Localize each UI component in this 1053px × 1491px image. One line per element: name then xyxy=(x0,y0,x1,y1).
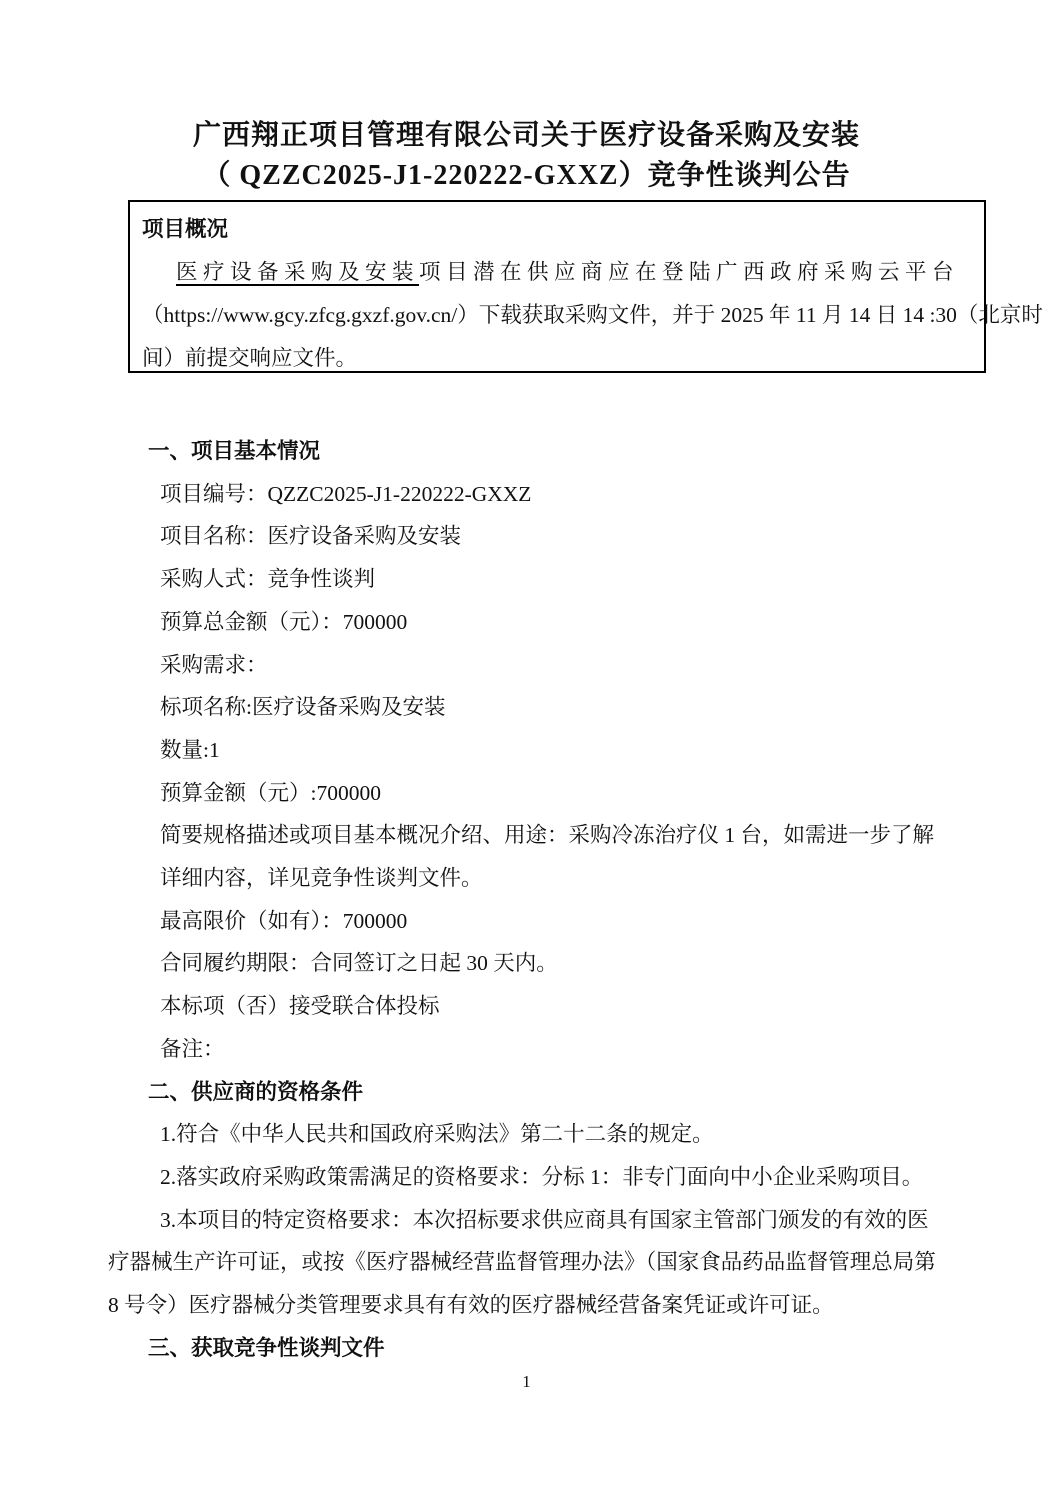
body-line: 3.本项目的特定资格要求：本次招标要求供应商具有国家主管部门颁发的有效的医 xyxy=(108,1199,953,1242)
body-line: 采购需求： xyxy=(108,644,953,687)
document-title: 广西翔正项目管理有限公司关于医疗设备采购及安装 （ QZZC2025-J1-22… xyxy=(0,116,1053,196)
project-name-underlined: 医疗设备采购及安装 xyxy=(176,260,419,286)
overview-line1-rest: 项目潜在供应商应在登陆广西政府采购云平台 xyxy=(419,260,959,284)
section-header: 三、获取竞争性谈判文件 xyxy=(108,1327,953,1370)
body-line: 预算总金额（元）：700000 xyxy=(108,601,953,644)
body-line: 8 号令）医疗器械分类管理要求具有有效的医疗器械经营备案凭证或许可证。 xyxy=(108,1284,953,1327)
section-header: 二、供应商的资格条件 xyxy=(108,1071,953,1114)
body-line: 简要规格描述或项目基本概况介绍、用途：采购冷冻治疗仪 1 台，如需进一步了解 xyxy=(108,814,953,857)
body-line: 预算金额（元）:700000 xyxy=(108,772,953,815)
overview-paragraph-line3: 间）前提交响应文件。 xyxy=(142,337,972,380)
body-line: 2.落实政府采购政策需满足的资格要求：分标 1：非专门面向中小企业采购项目。 xyxy=(108,1156,953,1199)
body-line: 1.符合《中华人民共和国政府采购法》第二十二条的规定。 xyxy=(108,1113,953,1156)
body-line: 本标项（否）接受联合体投标 xyxy=(108,985,953,1028)
project-overview-box: 项目概况 医疗设备采购及安装项目潜在供应商应在登陆广西政府采购云平台 （http… xyxy=(128,200,986,373)
section-header: 一、项目基本情况 xyxy=(108,430,953,473)
body-line: 合同履约期限：合同签订之日起 30 天内。 xyxy=(108,942,953,985)
overview-heading: 项目概况 xyxy=(142,208,972,251)
overview-paragraph-line2: （https://www.gcy.zfcg.gxzf.gov.cn/）下载获取采… xyxy=(142,294,972,337)
body-line: 标项名称:医疗设备采购及安装 xyxy=(108,686,953,729)
document-page: 广西翔正项目管理有限公司关于医疗设备采购及安装 （ QZZC2025-J1-22… xyxy=(0,0,1053,1491)
body-line: 最高限价（如有）：700000 xyxy=(108,900,953,943)
body-line: 详细内容，详见竞争性谈判文件。 xyxy=(108,857,953,900)
body-line: 数量:1 xyxy=(108,729,953,772)
document-title-line2: （ QZZC2025-J1-220222-GXXZ）竞争性谈判公告 xyxy=(0,156,1053,196)
page-number: 1 xyxy=(0,1372,1053,1392)
document-body: 一、项目基本情况 项目编号：QZZC2025-J1-220222-GXXZ 项目… xyxy=(108,430,953,1369)
body-line: 项目编号：QZZC2025-J1-220222-GXXZ xyxy=(108,473,953,516)
document-title-line1: 广西翔正项目管理有限公司关于医疗设备采购及安装 xyxy=(0,116,1053,156)
body-line: 项目名称：医疗设备采购及安装 xyxy=(108,515,953,558)
overview-paragraph-line1: 医疗设备采购及安装项目潜在供应商应在登陆广西政府采购云平台 xyxy=(142,251,972,294)
body-line: 备注： xyxy=(108,1028,953,1071)
body-line: 采购人式：竞争性谈判 xyxy=(108,558,953,601)
body-line: 疗器械生产许可证，或按《医疗器械经营监督管理办法》（国家食品药品监督管理总局第 xyxy=(108,1241,953,1284)
